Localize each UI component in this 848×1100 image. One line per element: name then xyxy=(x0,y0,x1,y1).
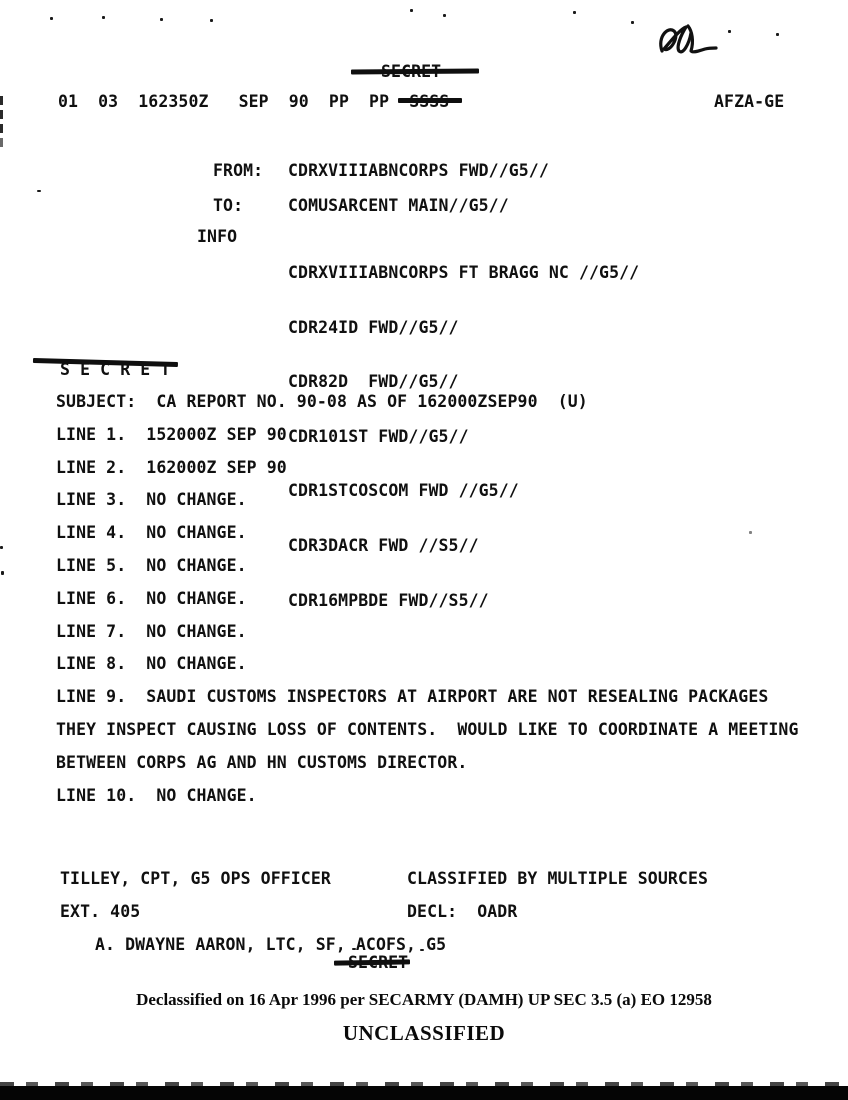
extension-line: EXT. 405 xyxy=(60,902,140,921)
from-label: FROM: xyxy=(213,161,263,180)
scan-speck xyxy=(0,546,3,549)
classified-by-line: CLASSIFIED BY MULTIPLE SOURCES xyxy=(407,869,708,888)
scan-speck xyxy=(631,21,634,24)
info-value: CDR16MPBDE FWD//S5// xyxy=(288,593,639,610)
scan-speck xyxy=(749,531,752,534)
scan-speck xyxy=(50,17,53,20)
body-line: LINE 3. NO CHANGE. xyxy=(56,490,247,509)
info-value: CDR82D FWD//G5// xyxy=(288,374,639,391)
unclassified-stamp: UNCLASSIFIED xyxy=(0,1021,848,1046)
scan-speck xyxy=(573,11,576,14)
body-line: LINE 2. 162000Z SEP 90 xyxy=(56,458,287,477)
body-line: THEY INSPECT CAUSING LOSS OF CONTENTS. W… xyxy=(56,720,799,739)
body-line: LINE 9. SAUDI CUSTOMS INSPECTORS AT AIRP… xyxy=(56,687,768,706)
office-symbol: AFZA-GE xyxy=(714,92,784,111)
body-line: BETWEEN CORPS AG AND HN CUSTOMS DIRECTOR… xyxy=(56,753,467,772)
scan-bottom-bar xyxy=(0,1086,848,1100)
scanned-message-page: SECRET 01 03 162350Z SEP 90 PP PP SSSS A… xyxy=(0,0,848,1100)
scan-speck xyxy=(210,19,213,22)
scan-edge-artifact xyxy=(0,138,3,147)
declassification-note: Declassified on 16 Apr 1996 per SECARMY … xyxy=(0,990,848,1010)
body-line: LINE 8. NO CHANGE. xyxy=(56,654,247,673)
scan-edge-artifact xyxy=(0,96,3,105)
scan-speck xyxy=(102,16,105,19)
to-label: TO: xyxy=(213,196,243,215)
handwritten-initials-icon xyxy=(655,20,719,64)
body-line: LINE 7. NO CHANGE. xyxy=(56,622,247,641)
strike-line xyxy=(351,68,479,74)
scan-edge-artifact xyxy=(0,124,3,133)
to-value: COMUSARCENT MAIN//G5// xyxy=(288,196,509,215)
body-line: LINE 6. NO CHANGE. xyxy=(56,589,247,608)
scan-speck xyxy=(160,18,163,21)
info-label: INFO xyxy=(197,227,237,246)
scan-speck xyxy=(410,9,413,12)
info-value: CDRXVIIIABNCORPS FT BRAGG NC //G5// xyxy=(288,265,639,282)
scan-speck xyxy=(443,14,446,17)
scan-speck xyxy=(37,190,41,192)
scan-speck xyxy=(1,571,4,575)
info-value: CDR3DACR FWD //S5// xyxy=(288,538,639,555)
strike-line xyxy=(398,98,462,103)
info-value: CDR24ID FWD//G5// xyxy=(288,320,639,337)
scan-edge-artifact xyxy=(0,110,3,119)
body-line: LINE 4. NO CHANGE. xyxy=(56,523,247,542)
info-value: CDR1STCOSCOM FWD //G5// xyxy=(288,483,639,500)
body-line: LINE 1. 152000Z SEP 90 xyxy=(56,425,287,444)
routing-text: 01 03 162350Z SEP 90 PP PP xyxy=(58,92,389,111)
scan-speck xyxy=(728,30,731,33)
releaser-line: A. DWAYNE AARON, LTC, SF, ACOFS, G5 xyxy=(95,935,446,954)
drafter-line: TILLEY, CPT, G5 OPS OFFICER xyxy=(60,869,331,888)
scan-speck xyxy=(776,33,779,36)
subject-line: SUBJECT: CA REPORT NO. 90-08 AS OF 16200… xyxy=(56,392,588,411)
info-values: CDRXVIIIABNCORPS FT BRAGG NC //G5// CDR2… xyxy=(288,227,639,647)
info-value: CDR101ST FWD//G5// xyxy=(288,429,639,446)
from-value: CDRXVIIIABNCORPS FWD//G5// xyxy=(288,161,549,180)
body-line: LINE 10. NO CHANGE. xyxy=(56,786,257,805)
routing-line: 01 03 162350Z SEP 90 PP PP SSSS xyxy=(58,92,449,111)
body-line: LINE 5. NO CHANGE. xyxy=(56,556,247,575)
decl-line: DECL: OADR xyxy=(407,902,517,921)
